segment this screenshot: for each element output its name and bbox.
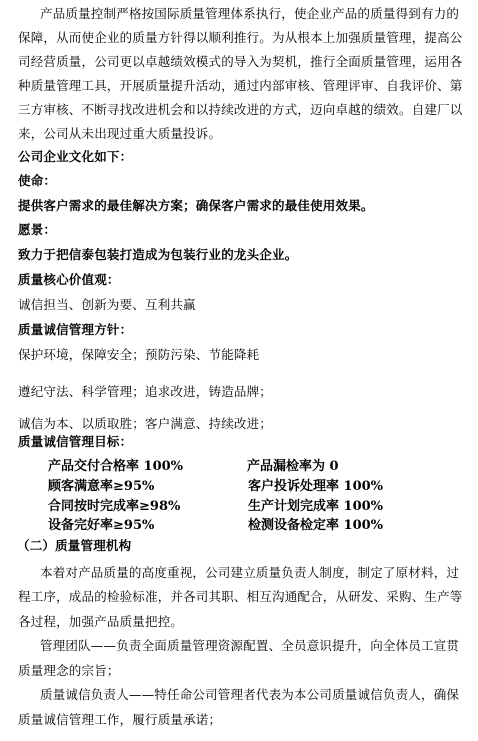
- culture-heading: 公司企业文化如下：: [18, 149, 132, 165]
- values-label: 质量核心价值观：: [18, 272, 120, 288]
- intro-line-2: 保障，从而使企业的质量方针得以顺利推行。为从根本上加强质量管理，提高公: [18, 30, 463, 46]
- values-text: 诚信担当、创新为要、互利共赢: [18, 297, 196, 313]
- policy-line-2: 遵纪守法、科学管理；追求改进，铸造品牌；: [18, 384, 272, 400]
- goal-equipment-intact: 设备完好率≥95%: [48, 518, 154, 534]
- goal-customer-satisfaction: 顾客满意率≥95%: [48, 479, 154, 495]
- intro-line-6: 来，公司从未出现过重大质量投诉。: [18, 126, 221, 142]
- goal-missed-inspection-rate: 产品漏检率为 0: [247, 459, 339, 475]
- intro-line-1: 产品质量控制严格按国际质量管理体系执行，使企业产品的质量得到有力的: [40, 6, 459, 22]
- vision-text: 致力于把信泰包装打造成为包装行业的龙头企业。: [18, 247, 297, 263]
- goal-contract-on-time: 合同按时完成率≥98%: [48, 499, 180, 515]
- policy-line-1: 保护环境，保障安全；预防污染、节能降耗: [18, 347, 259, 363]
- intro-line-4: 种质量管理工具，开展质量提升活动，通过内部审核、管理评审、自我评价、第: [18, 78, 463, 94]
- goal-production-plan: 生产计划完成率 100%: [248, 499, 383, 515]
- goal-complaint-handling: 客户投诉处理率 100%: [248, 479, 383, 495]
- org-para1-line-1: 本着对产品质量的高度重视，公司建立质量负责人制度，制定了原材料，过: [40, 565, 459, 581]
- goal-equipment-calibration: 检测设备检定率 100%: [248, 518, 383, 534]
- vision-label: 愿景：: [18, 222, 56, 238]
- organization-heading: （二）质量管理机构: [17, 538, 131, 554]
- intro-line-5: 三方审核、不断寻找改进机会和以持续改进的方式，迈向卓越的绩效。自建厂以: [18, 102, 463, 118]
- mission-label: 使命：: [18, 173, 56, 189]
- goals-label: 质量诚信管理目标：: [18, 434, 132, 450]
- intro-line-3: 司经营质量，公司更以卓越绩效模式的导入为契机，推行全面质量管理，运用各: [18, 54, 463, 70]
- org-para1-line-3: 各过程，加强产品质量把控。: [18, 614, 183, 630]
- policy-line-3: 诚信为本、以质取胜；客户满意、持续改进；: [18, 416, 272, 432]
- org-para1-line-2: 程工序，成品的检验标准，并各司其职、相互沟通配合，从研发、采购、生产等: [18, 589, 463, 605]
- org-para3-line-2: 质量诚信管理工作，履行质量承诺；: [18, 712, 221, 728]
- mission-text: 提供客户需求的最佳解决方案；确保客户需求的最佳使用效果。: [18, 198, 374, 214]
- org-para2-line-1: 管理团队——负责全面质量管理资源配置、全员意识提升，向全体员工宣贯: [40, 638, 459, 654]
- policy-label: 质量诚信管理方针：: [18, 322, 132, 338]
- org-para2-line-2: 质量理念的宗旨；: [18, 663, 120, 679]
- goal-delivery-pass-rate: 产品交付合格率 100%: [48, 459, 183, 475]
- org-para3-line-1: 质量诚信负责人——特任命公司管理者代表为本公司质量诚信负责人，确保: [40, 687, 459, 703]
